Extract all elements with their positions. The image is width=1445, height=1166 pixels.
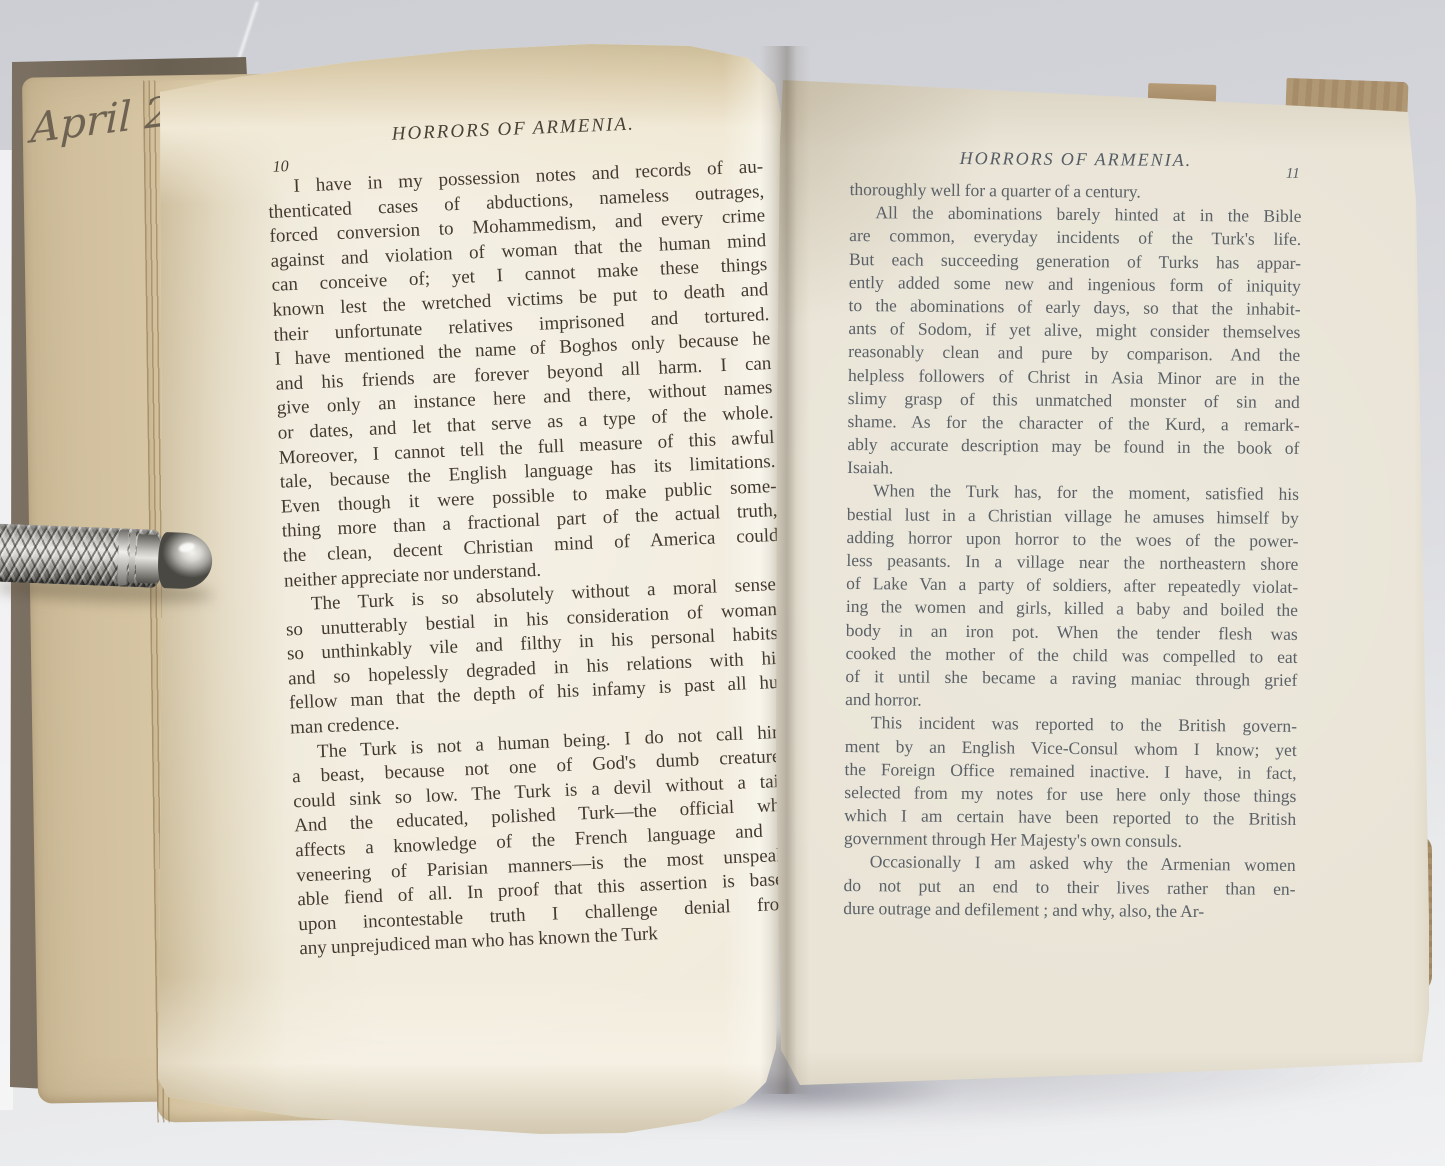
right-page-body-text: thoroughly well for a quarter of a centu… [843, 178, 1301, 924]
right-page-text-column: HORRORS OF ARMENIA. 11 thoroughly well f… [843, 146, 1302, 924]
text-line: are common, everyday incidents of the Tu… [849, 224, 1301, 251]
text-line: ably accurate description may be found i… [847, 433, 1299, 460]
text-line: ment by an English Vice-Consul whom I kn… [845, 734, 1297, 761]
text-line: ing the women and girls, killed a baby a… [846, 595, 1298, 622]
left-book-page: HORRORS OF ARMENIA. 10 I have in my poss… [140, 40, 810, 1140]
text-line: dure outrage and defilement ; and why, a… [843, 897, 1295, 924]
text-line: reasonably clean and pure by comparison.… [848, 340, 1300, 367]
text-line: When the Turk has, for the moment, satis… [847, 479, 1299, 506]
page-number: 10 [272, 155, 289, 180]
page-number: 11 [1286, 163, 1300, 186]
text-line: This incident was reported to the Britis… [845, 711, 1297, 738]
text-line: helpless followers of Christ in Asia Min… [848, 363, 1300, 390]
pen-cap [157, 532, 213, 590]
left-page-text-column: HORRORS OF ARMENIA. 10 I have in my poss… [265, 107, 796, 962]
left-page-body-text: I have in my possession notes and record… [267, 155, 796, 962]
silver-pen [0, 510, 230, 619]
right-page-header-row: HORRORS OF ARMENIA. 11 [850, 146, 1302, 182]
text-line: Occasionally I am asked why the Armenian… [844, 850, 1296, 877]
running-header: HORRORS OF ARMENIA. [850, 146, 1302, 173]
book-photograph: April 2 HORRORS OF ARMENIA. 10 I have in… [0, 0, 1445, 1166]
